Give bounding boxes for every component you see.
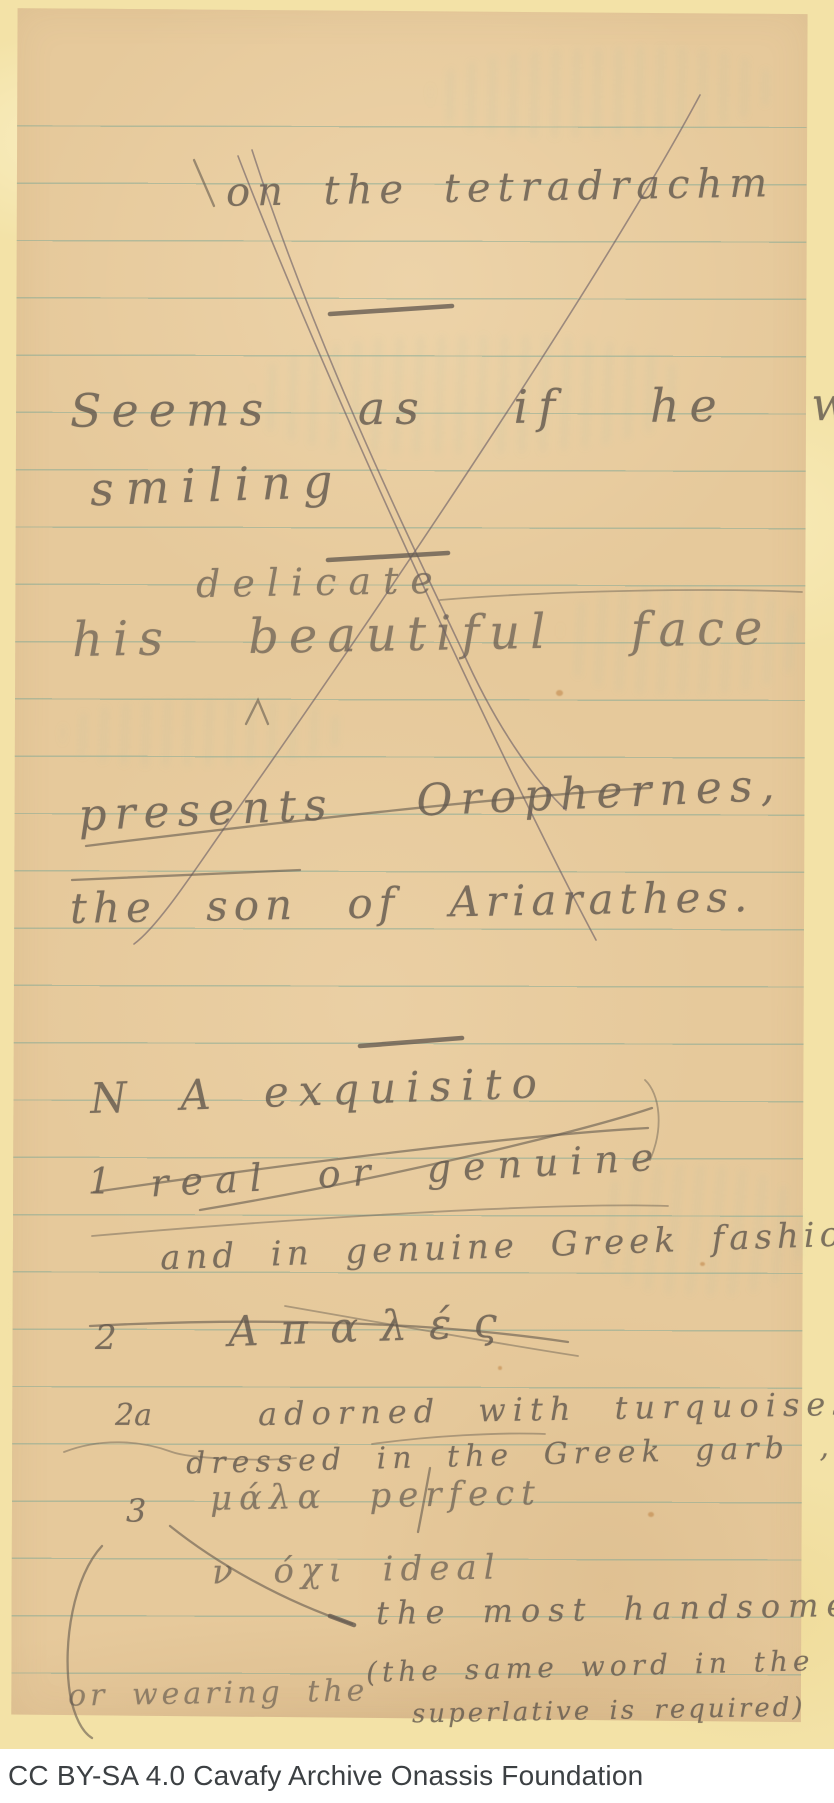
handwritten-line-smiling: smiling — [89, 454, 345, 517]
list-marker-3: 3 — [126, 1492, 146, 1530]
handwritten-line-wearing: or wearing the — [68, 1673, 369, 1713]
fox-spot — [556, 690, 563, 696]
handwritten-line-apales: Απαλές — [227, 1297, 520, 1356]
list-marker-2: 2 — [95, 1318, 117, 1358]
list-marker-1: 1 — [88, 1162, 111, 1203]
scanned-manuscript-page: { "theme": { "mount": "#f3e2a7", "paper"… — [0, 0, 834, 1803]
fox-spot — [648, 1512, 654, 1517]
license-caption: CC BY-SA 4.0 Cavafy Archive Onassis Foun… — [8, 1760, 643, 1792]
handwritten-insertion-delicate: delicate — [196, 558, 446, 606]
handwritten-line-perfect: μάλα perfect — [210, 1473, 543, 1519]
list-marker-2a: 2a — [115, 1398, 152, 1433]
handwritten-line-title: on the tetradrachm — [226, 160, 775, 216]
caption-bar: CC BY-SA 4.0 Cavafy Archive Onassis Foun… — [0, 1749, 834, 1803]
handwritten-line-seems: Seems as if he was — [70, 376, 834, 438]
fox-spot — [700, 1262, 705, 1266]
handwritten-line-most-handsome: the most handsome — [376, 1586, 834, 1632]
handwritten-line-ideal: ν όχι ideal — [212, 1547, 502, 1592]
fox-spot — [498, 1366, 502, 1370]
